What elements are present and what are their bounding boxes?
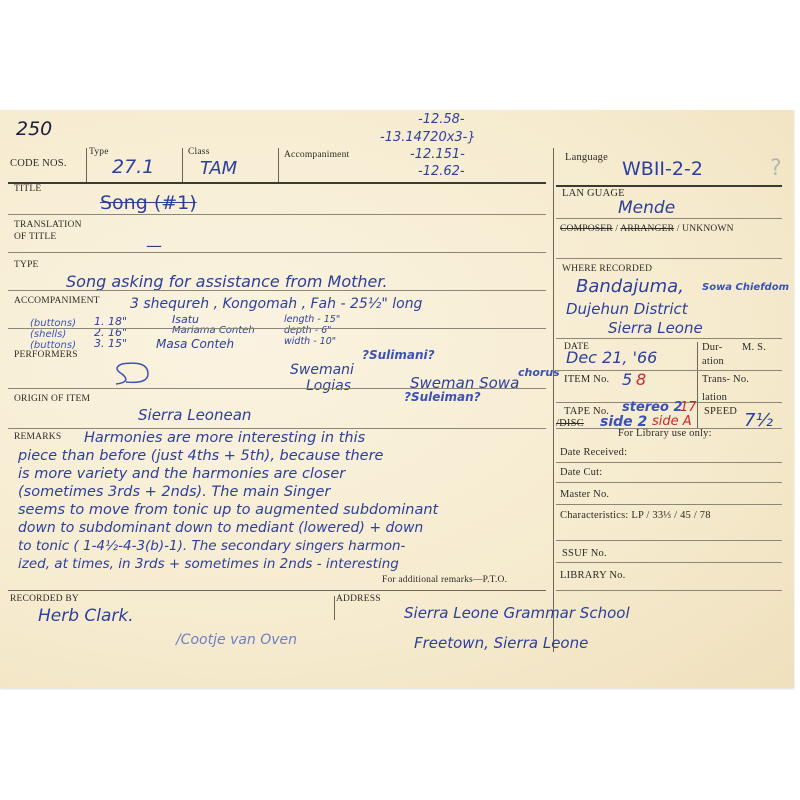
recorded-by-value-2: /Cootje van Oven [176,632,297,648]
remarks-line: to tonic ( 1-4½-4-3(b)-1). The secondary… [18,538,405,554]
row-line [556,185,782,187]
performer1: Swemani [290,362,354,378]
speed-label: SPEED [704,406,737,417]
class-value: TAM [200,158,237,179]
address-line2: Freetown, Sierra Leone [414,634,588,652]
composer-arranger-label: COMPOSER / ARRANGER / UNKNOWN [560,224,734,234]
tape-no-value-red: 17 [680,400,697,415]
class-label: Class [188,147,210,157]
catalog-card: 250 CODE NOS. Type 27.1 Class TAM Accomp… [0,110,794,688]
divider [86,148,87,182]
duration-label-2: ation [702,356,724,367]
accompaniment-value: 3 shequreh , Kongomah , Fah - 25½" long [130,296,422,312]
row-line [556,218,782,219]
remarks-line: Harmonies are more interesting in this [84,430,365,446]
item-no-value: 5 [622,370,632,389]
row-line [8,290,546,291]
title-label: TITLE [14,184,41,194]
row-line [556,338,782,339]
accompaniment-label: ACCOMPANIMENT [14,296,100,306]
duration-ms: M. S. [742,342,766,353]
remarks-line: (sometimes 3rds + 2nds). The main Singer [18,484,330,500]
master-no-label: Master No. [560,489,609,500]
row-line [556,370,782,371]
accompaniment-player2: Mariama Conteh [172,325,255,336]
language-code-label: Language [565,152,608,163]
accompaniment-sizes: 1. 18" 2. 16" 3. 15" [94,316,127,349]
additional-remarks-label: For additional remarks—P.T.O. [382,575,507,585]
accompaniment-header-label: Accompaniment [284,150,349,160]
where-recorded-line2: Dujehun District [566,300,688,318]
divider [278,148,279,182]
date-received-label: Date Received: [560,447,627,458]
accompaniment-number: -12.62- [418,164,465,179]
date-value: Dec 21, '66 [566,348,657,367]
item-no-value-red: 8 [636,370,646,389]
address-label: ADDRESS [336,594,381,604]
performer1-note: ?Sulimani? [362,348,435,362]
language-code-value: WBII-2-2 [622,158,703,180]
row-line [8,182,546,184]
origin-label: ORIGIN OF ITEM [14,394,90,404]
date-cut-label: Date Cut: [560,467,602,478]
row-line [556,258,782,259]
accompaniment-player3: Masa Conteh [156,337,234,351]
row-line [556,590,782,591]
performer2-chorus: chorus [518,366,560,379]
row-line [8,428,546,429]
title-value: Song (#1) [100,192,197,214]
row-line [556,462,782,463]
characteristics-label: Characteristics: LP / 33⅓ / 45 / 78 [560,510,711,521]
address-line1: Sierra Leone Grammar School [404,604,630,622]
accompaniment-number: -12.151- [410,147,465,162]
column-divider [553,148,554,652]
performers-label: PERFORMERS [14,350,78,360]
where-recorded-line1: Bandajuma, [576,276,684,297]
language-value: Mende [618,198,675,218]
language-code-note: ? [770,156,782,181]
row-line [8,590,546,591]
duration-label: Dur- [702,342,722,353]
arranger-label: ARRANGER [620,224,674,234]
ssuf-no-label: SSUF No. [562,548,607,559]
accompaniment-number: -12.58- [418,112,465,127]
row-line [8,252,546,253]
accompaniment-number: -13.14720x3-} [380,130,476,145]
accompaniment-side-notes: (buttons) (shells) (buttons) [30,318,76,351]
remarks-line: down to subdominant down to mediant (low… [18,520,423,536]
composer-label: COMPOSER [560,224,613,234]
divider [334,596,335,620]
row-line [556,562,782,563]
divider [182,148,183,182]
instrument-sketch-icon [108,360,168,390]
kongomah-dimensions: length - 15" depth - 6" width - 10" [284,314,340,347]
disc-value-red: side A [652,414,692,429]
translation-label: OF TITLE [14,232,56,242]
translation-no-label: Trans- No. [702,374,749,385]
remarks-line: ized, at times, in 3rds + sometimes in 2… [18,556,399,572]
remarks-label: REMARKS [14,432,61,442]
divider [697,342,698,428]
remarks-line: piece than before (just 4ths + 5th), bec… [18,448,383,464]
row-line [556,540,782,541]
unknown-label: UNKNOWN [682,224,734,234]
recorded-by-label: RECORDED BY [10,594,79,604]
performer2-note: ?Suleiman? [404,390,481,404]
recorded-by-value: Herb Clark. [38,606,134,626]
row-line [8,214,546,215]
item-no-label: ITEM No. [564,374,609,385]
library-no-label: LIBRARY No. [560,570,625,581]
translation-label: TRANSLATION [14,220,82,230]
card-number: 250 [16,118,52,140]
where-recorded-line3: Sierra Leone [608,319,703,337]
row-line [556,504,782,505]
type-row-value: Song asking for assistance from Mother. [66,272,388,291]
performer1-line2: Logias [306,378,351,394]
type-value: 27.1 [112,156,154,178]
row-line [556,482,782,483]
origin-value: Sierra Leonean [138,406,251,424]
tape-no-value: stereo 2 [622,400,683,415]
row-line [8,328,546,329]
language-label: LAN GUAGE [562,188,625,199]
type-label: Type [89,147,109,157]
remarks-line: seems to move from tonic up to augmented… [18,502,438,518]
row-line [8,388,546,389]
type-row-label: TYPE [14,260,39,270]
remarks-line: is more variety and the harmonies are cl… [18,466,345,482]
code-nos-label: CODE NOS. [10,158,67,169]
where-recorded-note: Sowa Chiefdom [702,282,789,293]
library-use-label: For Library use only: [618,428,712,439]
where-recorded-label: WHERE RECORDED [562,264,652,274]
